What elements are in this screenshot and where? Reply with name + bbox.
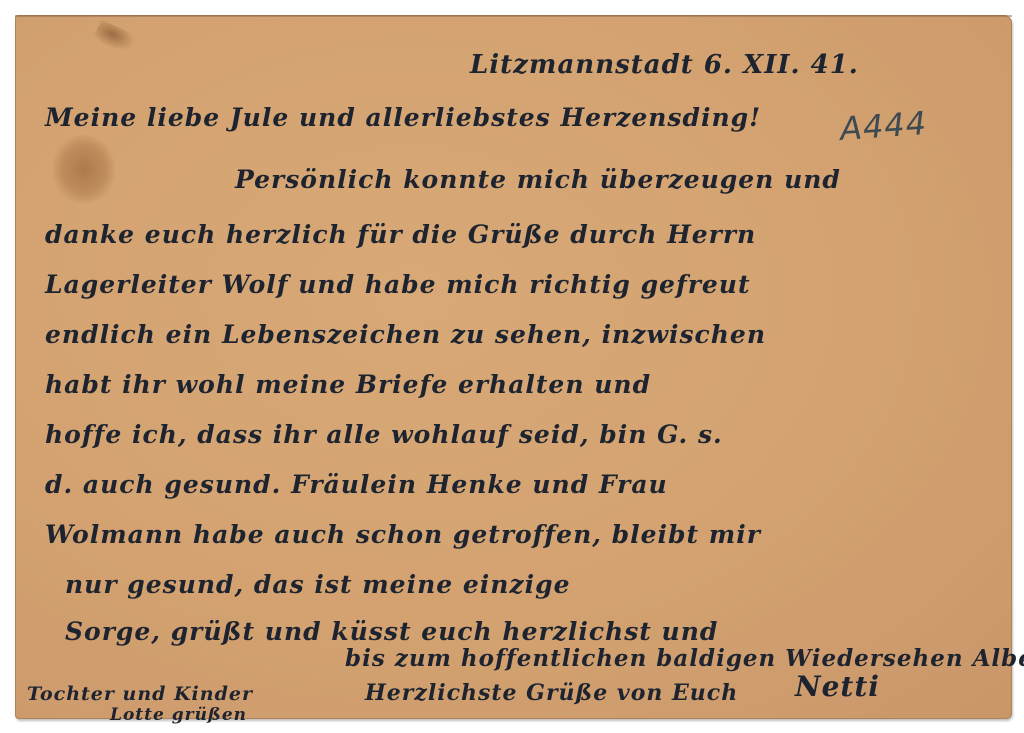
closing-left: Tochter und Kinder xyxy=(27,683,253,705)
card-edge xyxy=(15,15,1012,17)
body-line: d. auch gesund. Fräulein Henke und Frau xyxy=(45,470,668,499)
body-line: Lagerleiter Wolf und habe mich richtig g… xyxy=(45,270,751,299)
body-line: danke euch herzlich für die Grüße durch … xyxy=(45,220,756,249)
signature: Netti xyxy=(795,670,880,703)
postcard: Litzmannstadt 6. XII. 41. A444 Meine lie… xyxy=(15,15,1012,719)
salutation: Meine liebe Jule und allerliebstes Herze… xyxy=(45,103,761,132)
body-line: endlich ein Lebenszeichen zu sehen, inzw… xyxy=(45,320,766,349)
body-line: Sorge, grüßt und küsst euch herzlichst u… xyxy=(65,617,718,646)
place-date: Litzmannstadt 6. XII. 41. xyxy=(470,50,859,80)
body-line: habt ihr wohl meine Briefe erhalten und xyxy=(45,370,651,399)
pencil-note: A444 xyxy=(839,104,928,148)
closing-greeting: Herzlichste Grüße von Euch xyxy=(365,680,738,706)
stain xyxy=(92,20,138,57)
body-line: Persönlich konnte mich überzeugen und xyxy=(235,165,841,194)
stain xyxy=(53,135,115,203)
closing-left-sub: Lotte grüßen xyxy=(110,705,247,725)
body-line: Wolmann habe auch schon getroffen, bleib… xyxy=(45,520,761,549)
body-line: nur gesund, das ist meine einzige xyxy=(65,570,571,599)
body-line: hoffe ich, dass ihr alle wohlauf seid, b… xyxy=(45,420,723,449)
body-line: bis zum hoffentlichen baldigen Wiederseh… xyxy=(345,645,1024,672)
